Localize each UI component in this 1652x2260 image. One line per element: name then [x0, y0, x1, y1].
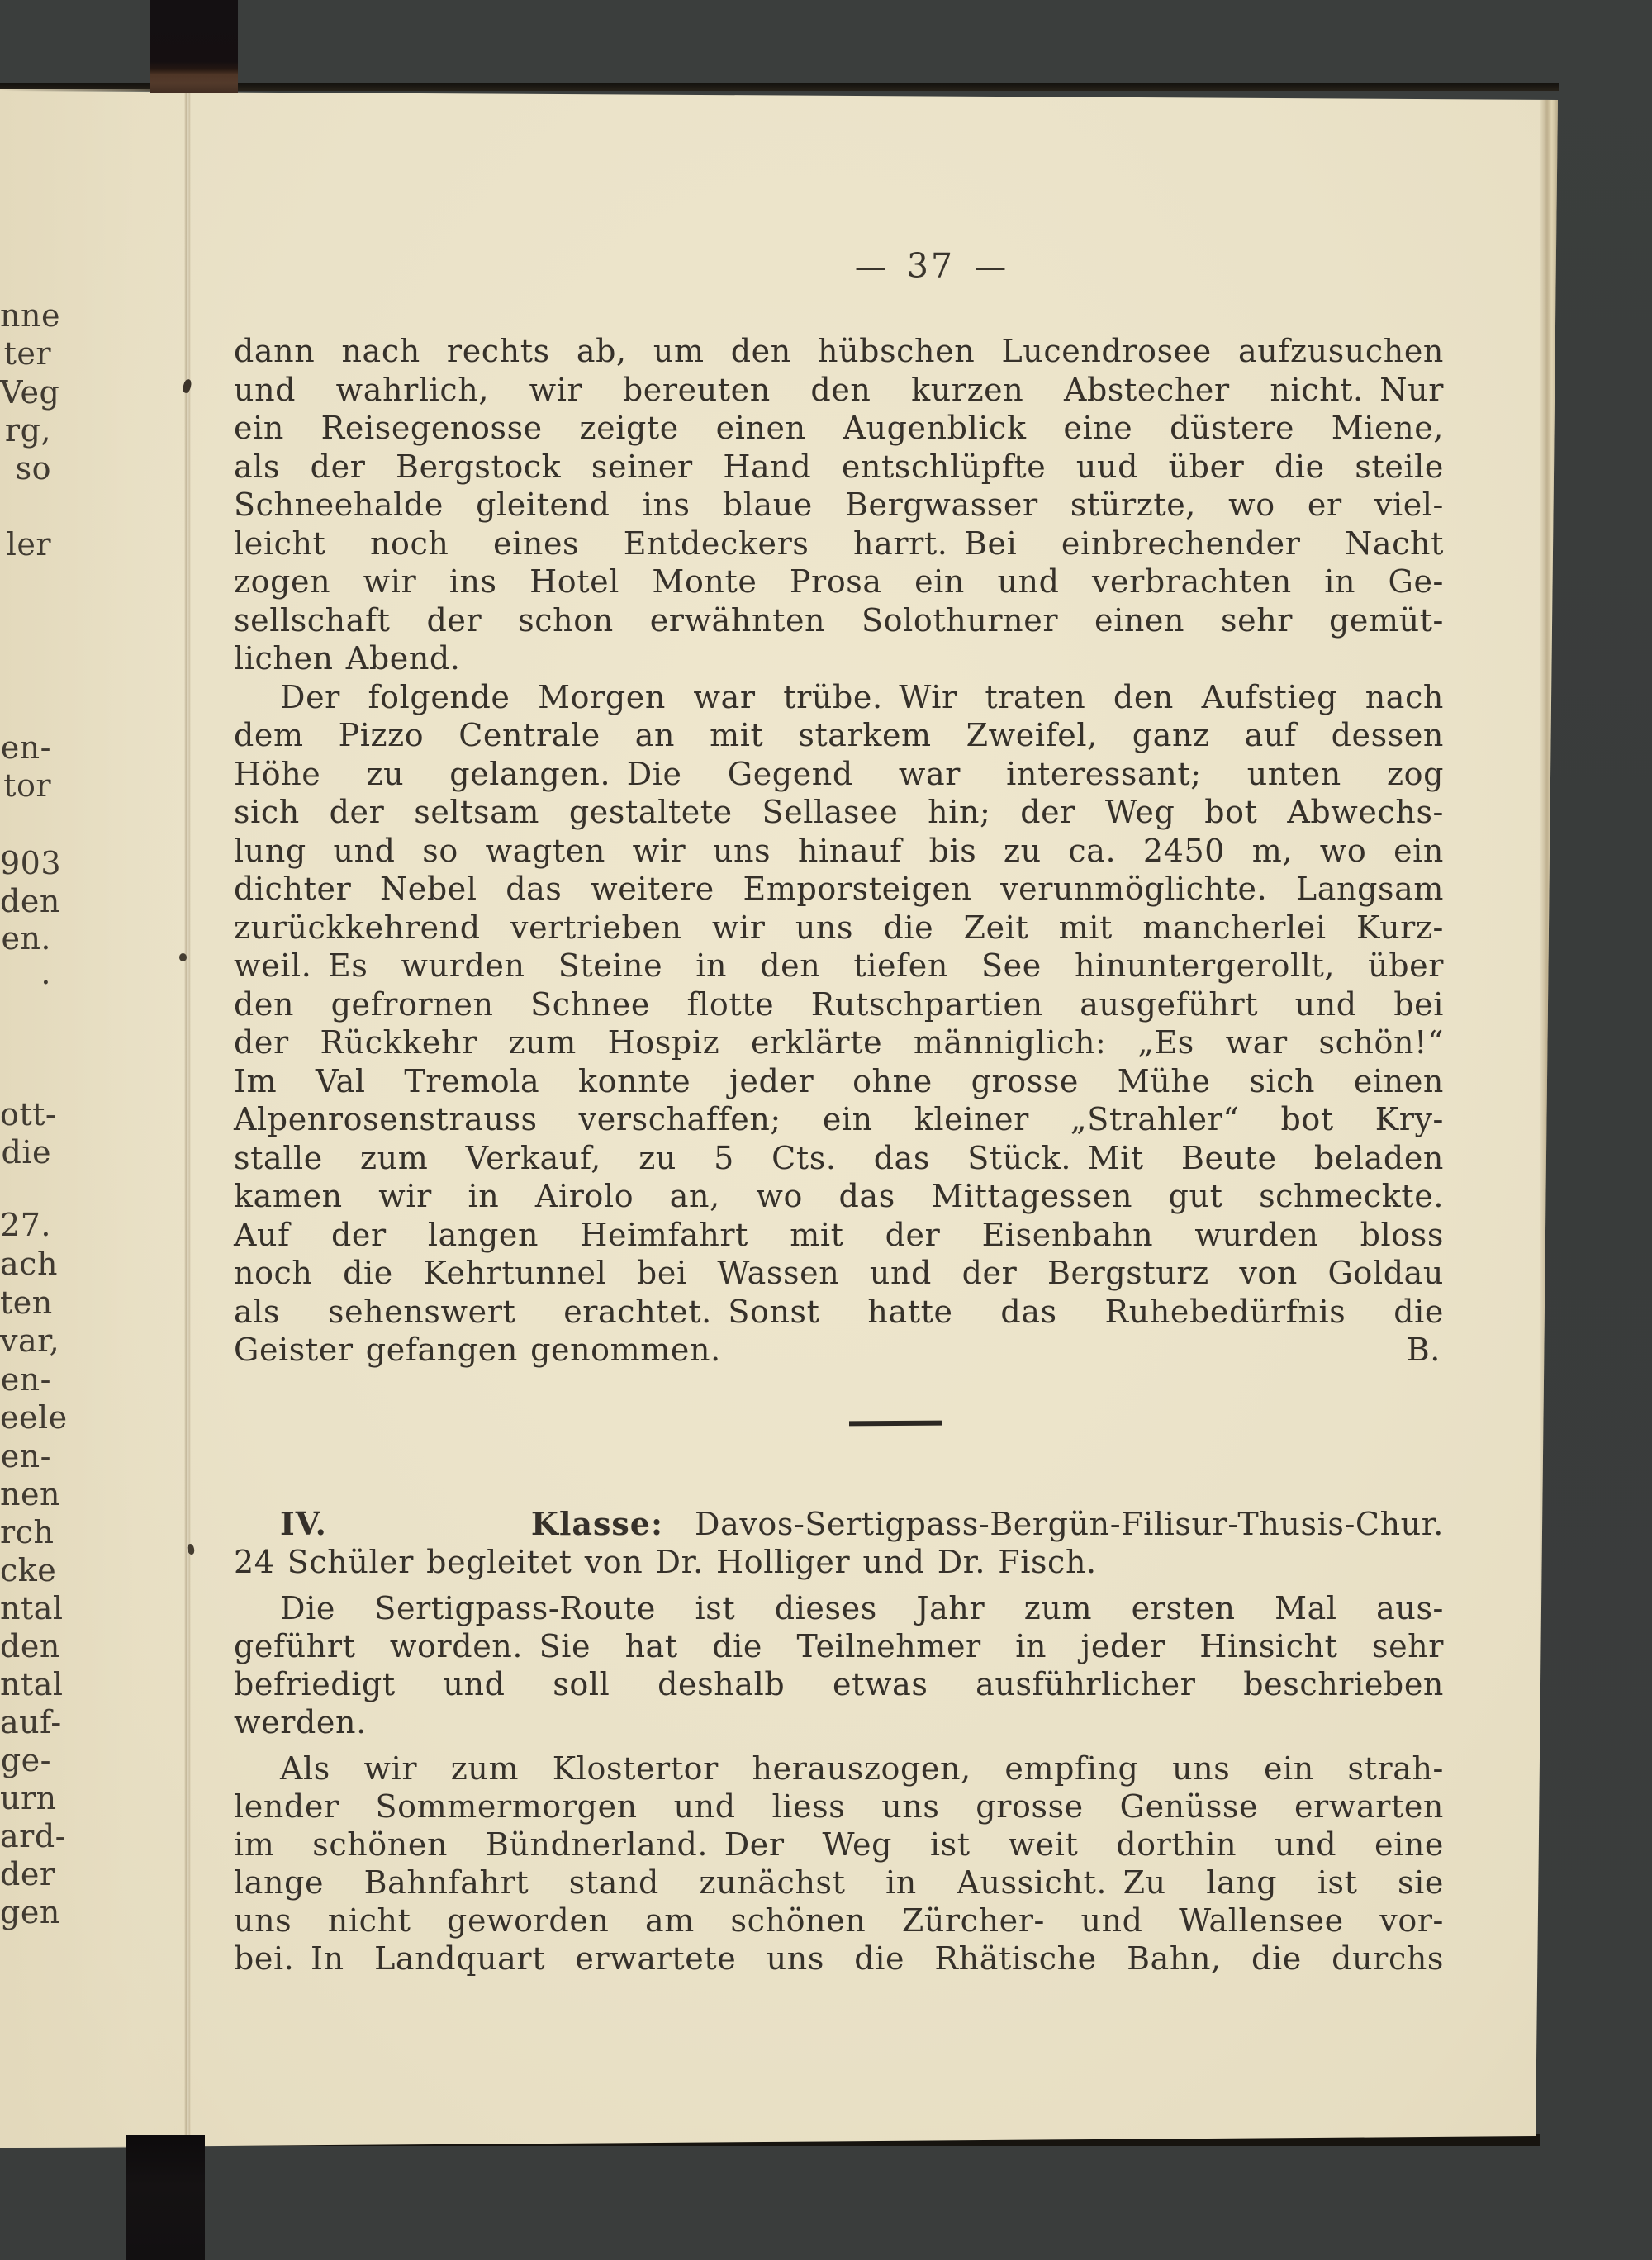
left-page-line-fragment: en. [0, 919, 51, 957]
text-line-content: bei. In Landquart erwartete uns die Rhät… [234, 1940, 1444, 1977]
text-line: Höhe zu gelangen. Die Gegend war interes… [234, 755, 1444, 794]
author-initial: B. [1407, 1331, 1444, 1370]
text-line: lung und so wagten wir uns hinauf bis zu… [234, 832, 1444, 871]
left-page-line-fragment: die [0, 1133, 51, 1171]
text-line-content: lung und so wagten wir uns hinauf bis zu… [234, 833, 1444, 869]
text-line: uns nicht geworden am schönen Zürcher- u… [234, 1902, 1444, 1940]
text-line: als der Bergstock seiner Hand entschlüpf… [234, 448, 1444, 487]
text-line: als sehenswert erachtet. Sonst hatte das… [234, 1293, 1444, 1332]
left-page-line-fragment: ach [0, 1245, 51, 1283]
left-page-line-fragment: der [0, 1855, 51, 1893]
section-text-block: IV. Klasse:Davos-Sertigpass-Bergün-Filis… [234, 1505, 1444, 1978]
text-line-content: sellschaft der schon erwähnten Solothurn… [234, 602, 1444, 639]
text-line: bei. In Landquart erwartete uns die Rhät… [234, 1940, 1444, 1978]
text-line: den gefrornen Schnee flotte Rutschpartie… [234, 985, 1444, 1024]
text-line-content: ein Reisegenosse zeigte einen Augenblick… [234, 410, 1444, 446]
left-page-line-fragment: ler [0, 525, 51, 563]
text-line: im schönen Bündnerland. Der Weg ist weit… [234, 1826, 1444, 1864]
text-line-content: der Rückkehr zum Hospiz erklärte männigl… [234, 1024, 1444, 1061]
text-line: Alpenrosenstrauss verschaffen; ein klein… [234, 1100, 1444, 1139]
left-page-line-fragment: tor [0, 767, 51, 805]
text-line-content: Auf der langen Heimfahrt mit der Eisenba… [234, 1217, 1444, 1253]
text-line-content: geführt worden. Sie hat die Teilnehmer i… [234, 1628, 1444, 1664]
text-line: dann nach rechts ab, um den hübschen Luc… [234, 332, 1444, 371]
page-header: —37— [766, 246, 1096, 286]
text-line-content: noch die Kehrtunnel bei Wassen und der B… [234, 1255, 1444, 1291]
text-line-content: im schönen Bündnerland. Der Weg ist weit… [234, 1826, 1444, 1863]
text-line: Schneehalde gleitend ins blaue Bergwasse… [234, 486, 1444, 525]
text-line-content: dichter Nebel das weitere Emporsteigen v… [234, 871, 1444, 907]
text-line: B.Geister gefangen genommen. [234, 1331, 1444, 1370]
left-page-line-fragment: ntal [0, 1589, 51, 1627]
text-line: ein Reisegenosse zeigte einen Augenblick… [234, 409, 1444, 448]
scanned-book-spread: { "header": { "dash_left": "—", "page_nu… [0, 0, 1652, 2260]
text-line: Die Sertigpass-Route ist dieses Jahr zum… [234, 1589, 1444, 1627]
header-dash-right: — [975, 249, 1007, 285]
text-line-content: dem Pizzo Centrale an mit starkem Zweife… [234, 717, 1444, 753]
header-dash-left: — [855, 249, 887, 285]
section-label: IV. Klasse: [280, 1505, 663, 1542]
text-line-content: und wahrlich, wir bereuten den kurzen Ab… [234, 372, 1444, 408]
text-line-content: stalle zum Verkauf, zu 5 Cts. das Stück.… [234, 1140, 1444, 1176]
text-line-content: Geister gefangen genommen. [234, 1332, 721, 1368]
text-line-content: lichen Abend. [234, 640, 461, 677]
gutter-crease [184, 93, 191, 2144]
text-line: der Rückkehr zum Hospiz erklärte männigl… [234, 1023, 1444, 1062]
text-line-content: Höhe zu gelangen. Die Gegend war interes… [234, 756, 1444, 792]
left-page-line-fragment: ge- [0, 1741, 51, 1779]
text-line-content: lender Sommermorgen und liess uns grosse… [234, 1788, 1444, 1825]
left-page-line-fragment: ard- [0, 1817, 51, 1855]
left-page-line-fragment: cke [0, 1551, 51, 1589]
text-line-content: uns nicht geworden am schönen Zürcher- u… [234, 1902, 1444, 1939]
left-page-line-fragment: nne [0, 297, 51, 335]
bookmark-ribbon-top [150, 0, 238, 93]
text-line-content: werden. [234, 1704, 367, 1740]
left-page-line-fragment: ter [0, 335, 51, 373]
text-line: kamen wir in Airolo an, wo das Mittagess… [234, 1177, 1444, 1216]
text-line: Der folgende Morgen war trübe. Wir trate… [234, 678, 1444, 717]
text-line-content: Davos-Sertigpass-Bergün-Filisur-Thusis-C… [695, 1506, 1444, 1542]
text-line: zogen wir ins Hotel Monte Prosa ein und … [234, 563, 1444, 601]
text-line: zurückkehrend vertrieben wir uns die Zei… [234, 909, 1444, 947]
text-line: noch die Kehrtunnel bei Wassen und der B… [234, 1254, 1444, 1293]
text-line-content: Schneehalde gleitend ins blaue Bergwasse… [234, 487, 1444, 523]
left-page-line-fragment: ott- [0, 1095, 51, 1133]
left-page-line-fragment: . [0, 954, 51, 992]
left-page-line-fragment: rch [0, 1513, 51, 1551]
left-page-line-fragment: var, [0, 1322, 51, 1360]
text-line-content: zurückkehrend vertrieben wir uns die Zei… [234, 909, 1444, 946]
bookmark-ribbon-bottom [126, 2135, 205, 2260]
text-line-content: Alpenrosenstrauss verschaffen; ein klein… [234, 1101, 1444, 1137]
text-line-content: lange Bahnfahrt stand zunächst in Aussic… [234, 1864, 1444, 1901]
left-page-line-fragment: 903 [0, 844, 51, 882]
text-line-content: 24 Schüler begleitet von Dr. Holliger un… [234, 1544, 1097, 1580]
left-page-line-fragment: eele [0, 1398, 51, 1436]
text-line: Als wir zum Klostertor herauszogen, empf… [234, 1750, 1444, 1788]
text-line-content: befriedigt und soll deshalb etwas ausfüh… [234, 1666, 1444, 1702]
text-line: dem Pizzo Centrale an mit starkem Zweife… [234, 716, 1444, 755]
text-line-content: Der folgende Morgen war trübe. Wir trate… [280, 679, 1444, 715]
text-line: lender Sommermorgen und liess uns grosse… [234, 1788, 1444, 1826]
text-line: 24 Schüler begleitet von Dr. Holliger un… [234, 1543, 1444, 1581]
text-line-content: sich der seltsam gestaltete Sellasee hin… [234, 794, 1444, 830]
left-page-line-fragment: ten [0, 1284, 51, 1322]
text-line: IV. Klasse:Davos-Sertigpass-Bergün-Filis… [234, 1505, 1444, 1543]
text-line-content: als der Bergstock seiner Hand entschlüpf… [234, 449, 1444, 485]
text-line: Im Val Tremola konnte jeder ohne grosse … [234, 1062, 1444, 1101]
text-line-content: leicht noch eines Entdeckers harrt. Bei … [234, 525, 1444, 562]
left-page-line-fragment: 27. [0, 1206, 51, 1244]
left-page-line-fragment: rg, [0, 411, 51, 449]
left-page-line-fragment: gen [0, 1893, 51, 1931]
text-line-content: kamen wir in Airolo an, wo das Mittagess… [234, 1178, 1444, 1214]
section-divider-rule [849, 1421, 942, 1427]
text-line-content: den gefrornen Schnee flotte Rutschpartie… [234, 986, 1444, 1023]
left-page-line-fragment: urn [0, 1779, 51, 1817]
text-line: und wahrlich, wir bereuten den kurzen Ab… [234, 371, 1444, 410]
text-line-content: weil. Es wurden Steine in den tiefen See… [234, 947, 1444, 984]
text-line-content: Die Sertigpass-Route ist dieses Jahr zum… [280, 1590, 1444, 1626]
text-line: stalle zum Verkauf, zu 5 Cts. das Stück.… [234, 1139, 1444, 1178]
text-line: geführt worden. Sie hat die Teilnehmer i… [234, 1627, 1444, 1665]
page-number: 37 [907, 246, 955, 286]
left-page-line-fragment: en- [0, 729, 51, 767]
text-line: befriedigt und soll deshalb etwas ausfüh… [234, 1665, 1444, 1703]
left-page-line-fragment: den [0, 1627, 51, 1665]
left-page-line-fragment: so [0, 449, 51, 487]
ink-speck [179, 953, 187, 961]
text-line: sellschaft der schon erwähnten Solothurn… [234, 601, 1444, 640]
text-line-content: Im Val Tremola konnte jeder ohne grosse … [234, 1063, 1444, 1099]
left-page-line-fragment: ntal [0, 1665, 51, 1703]
text-line-content: als sehenswert erachtet. Sonst hatte das… [234, 1294, 1444, 1330]
main-text-block: dann nach rechts ab, um den hübschen Luc… [234, 332, 1444, 1370]
text-line: weil. Es wurden Steine in den tiefen See… [234, 947, 1444, 985]
text-line: leicht noch eines Entdeckers harrt. Bei … [234, 525, 1444, 563]
left-page-line-fragment: en- [0, 1360, 51, 1398]
text-line-content: Als wir zum Klostertor herauszogen, empf… [280, 1750, 1444, 1787]
text-line: dichter Nebel das weitere Emporsteigen v… [234, 870, 1444, 909]
text-line: lichen Abend. [234, 639, 1444, 678]
text-line: Auf der langen Heimfahrt mit der Eisenba… [234, 1216, 1444, 1255]
left-page-line-fragment: den [0, 882, 51, 920]
left-page-line-fragment: Veg [0, 373, 51, 411]
left-page-line-fragment: nen [0, 1475, 51, 1513]
text-line: sich der seltsam gestaltete Sellasee hin… [234, 793, 1444, 832]
left-page-line-fragment: en- [0, 1437, 51, 1475]
text-line-content: zogen wir ins Hotel Monte Prosa ein und … [234, 563, 1444, 600]
text-line-content: dann nach rechts ab, um den hübschen Luc… [234, 333, 1444, 369]
left-page-line-fragment: auf- [0, 1703, 51, 1741]
text-line: werden. [234, 1703, 1444, 1741]
text-line: lange Bahnfahrt stand zunächst in Aussic… [234, 1864, 1444, 1902]
